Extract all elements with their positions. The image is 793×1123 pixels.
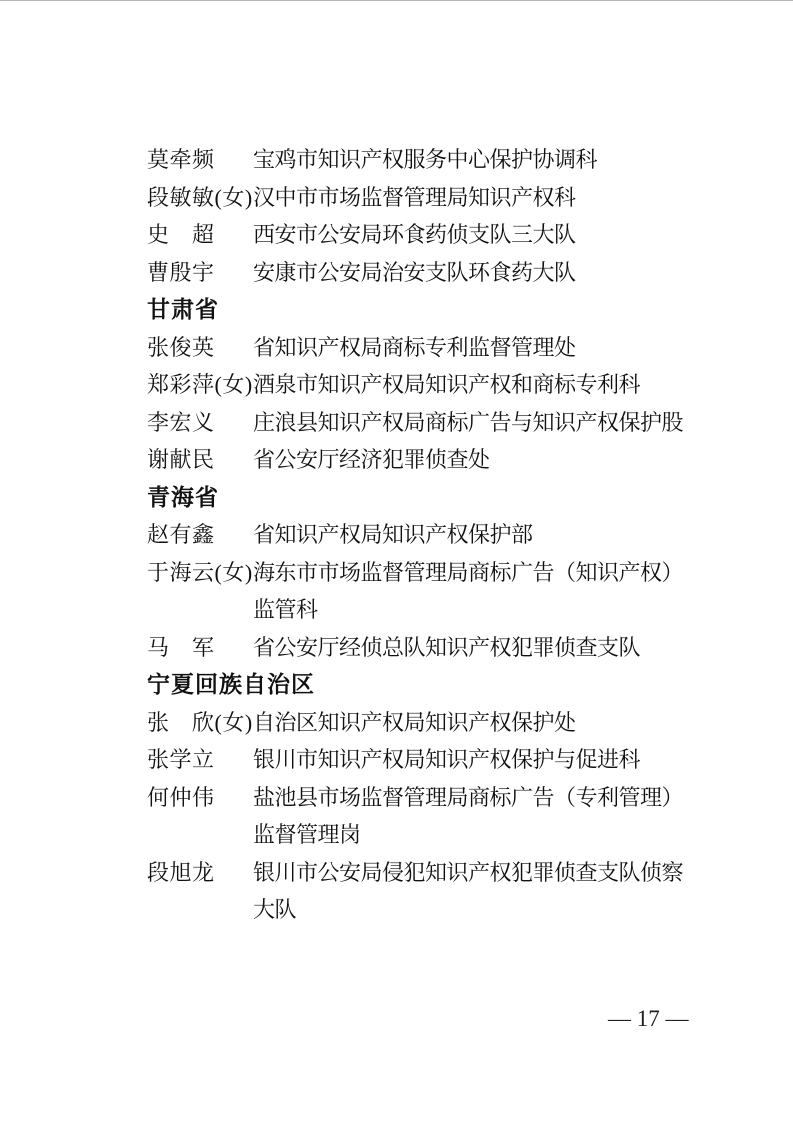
organization: 安康市公安局治安支队环食药大队 <box>253 254 733 292</box>
entry-row: 张俊英省知识产权局商标专利监督管理处 <box>147 329 733 367</box>
org-line: 安康市公安局治安支队环食药大队 <box>253 254 733 292</box>
person-name: 郑彩萍(女) <box>147 366 253 404</box>
org-line: 海东市市场监督管理局商标广告（知识产权） <box>253 554 733 592</box>
entry-row: 何仲伟盐池县市场监督管理局商标广告（专利管理）监督管理岗 <box>147 779 733 854</box>
entry-row: 郑彩萍(女)酒泉市知识产权局知识产权和商标专利科 <box>147 366 733 404</box>
entry-row: 李宏义庄浪县知识产权局商标广告与知识产权保护股 <box>147 404 733 442</box>
org-line: 银川市公安局侵犯知识产权犯罪侦查支队侦察 <box>253 854 733 892</box>
entry-row: 莫牵频宝鸡市知识产权服务中心保护协调科 <box>147 141 733 179</box>
org-line: 宝鸡市知识产权服务中心保护协调科 <box>253 141 733 179</box>
organization: 海东市市场监督管理局商标广告（知识产权）监管科 <box>253 554 733 629</box>
org-line: 西安市公安局环食药侦支队三大队 <box>253 216 733 254</box>
organization: 盐池县市场监督管理局商标广告（专利管理）监督管理岗 <box>253 779 733 854</box>
organization: 省公安厅经济犯罪侦查处 <box>253 441 733 479</box>
org-line: 自治区知识产权局知识产权保护处 <box>253 704 733 742</box>
section-region-header: 甘肃省 <box>147 291 733 329</box>
entry-row: 张学立银川市知识产权局知识产权保护与促进科 <box>147 741 733 779</box>
document-page: 莫牵频宝鸡市知识产权服务中心保护协调科段敏敏(女)汉中市市场监督管理局知识产权科… <box>0 0 793 1123</box>
entry-row: 谢献民省公安厅经济犯罪侦查处 <box>147 441 733 479</box>
person-name: 谢献民 <box>147 441 253 479</box>
organization: 省公安厅经侦总队知识产权犯罪侦查支队 <box>253 629 733 667</box>
person-name: 马 军 <box>147 629 253 667</box>
award-name-list: 莫牵频宝鸡市知识产权服务中心保护协调科段敏敏(女)汉中市市场监督管理局知识产权科… <box>147 141 733 929</box>
section-region-header: 宁夏回族自治区 <box>147 666 733 704</box>
person-name: 张 欣(女) <box>147 704 253 742</box>
entry-row: 曹殷宇安康市公安局治安支队环食药大队 <box>147 254 733 292</box>
organization: 银川市公安局侵犯知识产权犯罪侦查支队侦察大队 <box>253 854 733 929</box>
org-line: 监管科 <box>253 591 733 629</box>
person-name: 莫牵频 <box>147 141 253 179</box>
organization: 自治区知识产权局知识产权保护处 <box>253 704 733 742</box>
entry-row: 赵有鑫省知识产权局知识产权保护部 <box>147 516 733 554</box>
page-number: — 17 — <box>608 1005 689 1033</box>
organization: 汉中市市场监督管理局知识产权科 <box>253 179 733 217</box>
entry-row: 马 军省公安厅经侦总队知识产权犯罪侦查支队 <box>147 629 733 667</box>
person-name: 曹殷宇 <box>147 254 253 292</box>
org-line: 省公安厅经侦总队知识产权犯罪侦查支队 <box>253 629 733 667</box>
org-line: 省知识产权局知识产权保护部 <box>253 516 733 554</box>
organization: 庄浪县知识产权局商标广告与知识产权保护股 <box>253 404 733 442</box>
person-name: 张学立 <box>147 741 253 779</box>
org-line: 酒泉市知识产权局知识产权和商标专利科 <box>253 366 733 404</box>
person-name: 史 超 <box>147 216 253 254</box>
person-name: 李宏义 <box>147 404 253 442</box>
person-name: 张俊英 <box>147 329 253 367</box>
person-name: 何仲伟 <box>147 779 253 817</box>
organization: 西安市公安局环食药侦支队三大队 <box>253 216 733 254</box>
person-name: 段旭龙 <box>147 854 253 892</box>
org-line: 盐池县市场监督管理局商标广告（专利管理） <box>253 779 733 817</box>
person-name: 赵有鑫 <box>147 516 253 554</box>
organization: 省知识产权局商标专利监督管理处 <box>253 329 733 367</box>
org-line: 银川市知识产权局知识产权保护与促进科 <box>253 741 733 779</box>
org-line: 大队 <box>253 891 733 929</box>
org-line: 省知识产权局商标专利监督管理处 <box>253 329 733 367</box>
entry-row: 史 超西安市公安局环食药侦支队三大队 <box>147 216 733 254</box>
entry-row: 段旭龙银川市公安局侵犯知识产权犯罪侦查支队侦察大队 <box>147 854 733 929</box>
org-line: 监督管理岗 <box>253 816 733 854</box>
entry-row: 于海云(女)海东市市场监督管理局商标广告（知识产权）监管科 <box>147 554 733 629</box>
organization: 银川市知识产权局知识产权保护与促进科 <box>253 741 733 779</box>
org-line: 汉中市市场监督管理局知识产权科 <box>253 179 733 217</box>
org-line: 庄浪县知识产权局商标广告与知识产权保护股 <box>253 404 733 442</box>
entry-row: 张 欣(女)自治区知识产权局知识产权保护处 <box>147 704 733 742</box>
person-name: 段敏敏(女) <box>147 179 253 217</box>
entry-row: 段敏敏(女)汉中市市场监督管理局知识产权科 <box>147 179 733 217</box>
person-name: 于海云(女) <box>147 554 253 592</box>
organization: 酒泉市知识产权局知识产权和商标专利科 <box>253 366 733 404</box>
org-line: 省公安厅经济犯罪侦查处 <box>253 441 733 479</box>
section-region-header: 青海省 <box>147 479 733 517</box>
organization: 省知识产权局知识产权保护部 <box>253 516 733 554</box>
organization: 宝鸡市知识产权服务中心保护协调科 <box>253 141 733 179</box>
